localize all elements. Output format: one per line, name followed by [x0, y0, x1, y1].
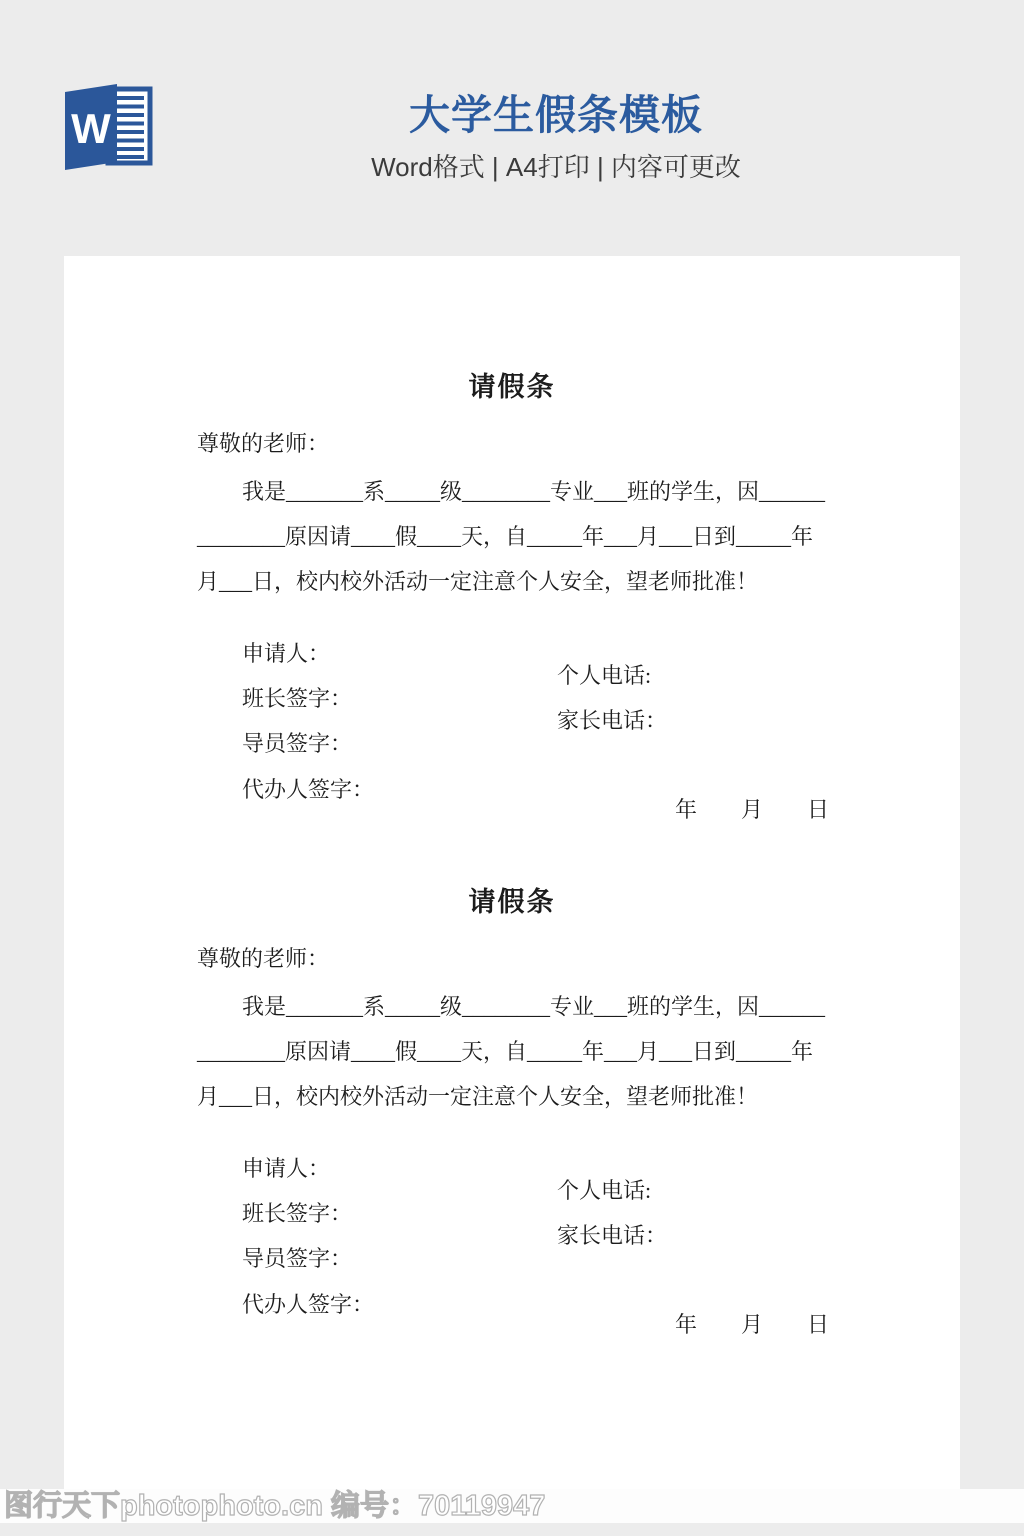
body-line-3: 月___日，校内校外活动一定注意个人安全，望老师批准！	[197, 571, 758, 593]
signature-row: 班长签字： 家长电话：	[64, 1181, 960, 1205]
watermark-band: 图行天下photophoto.cn 编号：70119947	[0, 1489, 1024, 1523]
date-line: 年 月 日	[675, 1314, 829, 1336]
body-line-1: 我是_______系_____级________专业___班的学生，因_____…	[242, 481, 825, 503]
applicant-label: 申请人：	[242, 643, 330, 665]
body-line-2: ________原因请____假____天，自_____年___月___日到__…	[197, 1041, 813, 1063]
signature-row: 班长签字： 家长电话：	[64, 666, 960, 690]
body-line-1: 我是_______系_____级________专业___班的学生，因_____…	[242, 996, 825, 1018]
monitor-sign-label: 班长签字：	[242, 688, 352, 710]
page-subtitle: Word格式 | A4打印 | 内容可更改	[88, 153, 1024, 183]
leave-note-title: 请假条	[64, 889, 960, 916]
date-line: 年 月 日	[675, 799, 829, 821]
signature-row: 申请人： 个人电话:	[64, 621, 960, 645]
leave-note-title: 请假条	[64, 374, 960, 401]
counselor-sign-label: 导员签字：	[242, 733, 352, 755]
document-page: 请假条 尊敬的老师： 我是_______系_____级________专业___…	[64, 256, 960, 1521]
page-title: 大学生假条模板	[88, 95, 1024, 136]
agent-sign-label: 代办人签字：	[242, 1294, 374, 1316]
counselor-sign-label: 导员签字：	[242, 1248, 352, 1270]
monitor-sign-label: 班长签字：	[242, 1203, 352, 1225]
agent-sign-label: 代办人签字：	[242, 779, 374, 801]
applicant-label: 申请人：	[242, 1158, 330, 1180]
body-line-2: ________原因请____假____天，自_____年___月___日到__…	[197, 526, 813, 548]
watermark-text: 图行天下photophoto.cn 编号：70119947	[0, 1489, 1024, 1523]
body-line-3: 月___日，校内校外活动一定注意个人安全，望老师批准！	[197, 1086, 758, 1108]
leave-note-section-2: 请假条 尊敬的老师： 我是_______系_____级________专业___…	[64, 889, 960, 1339]
signature-row: 代办人签字：	[64, 757, 960, 781]
leave-note-section-1: 请假条 尊敬的老师： 我是_______系_____级________专业___…	[64, 374, 960, 824]
signature-row: 代办人签字：	[64, 1272, 960, 1296]
signature-row: 申请人： 个人电话:	[64, 1136, 960, 1160]
greeting-line: 尊敬的老师：	[197, 948, 329, 970]
greeting-line: 尊敬的老师：	[197, 433, 329, 455]
template-preview: W 大学生假条模板 Word格式 | A4打印 | 内容可更改 请假条 尊敬的老…	[0, 0, 1024, 1536]
signature-row: 导员签字：	[64, 711, 960, 735]
signature-row: 导员签字：	[64, 1226, 960, 1250]
